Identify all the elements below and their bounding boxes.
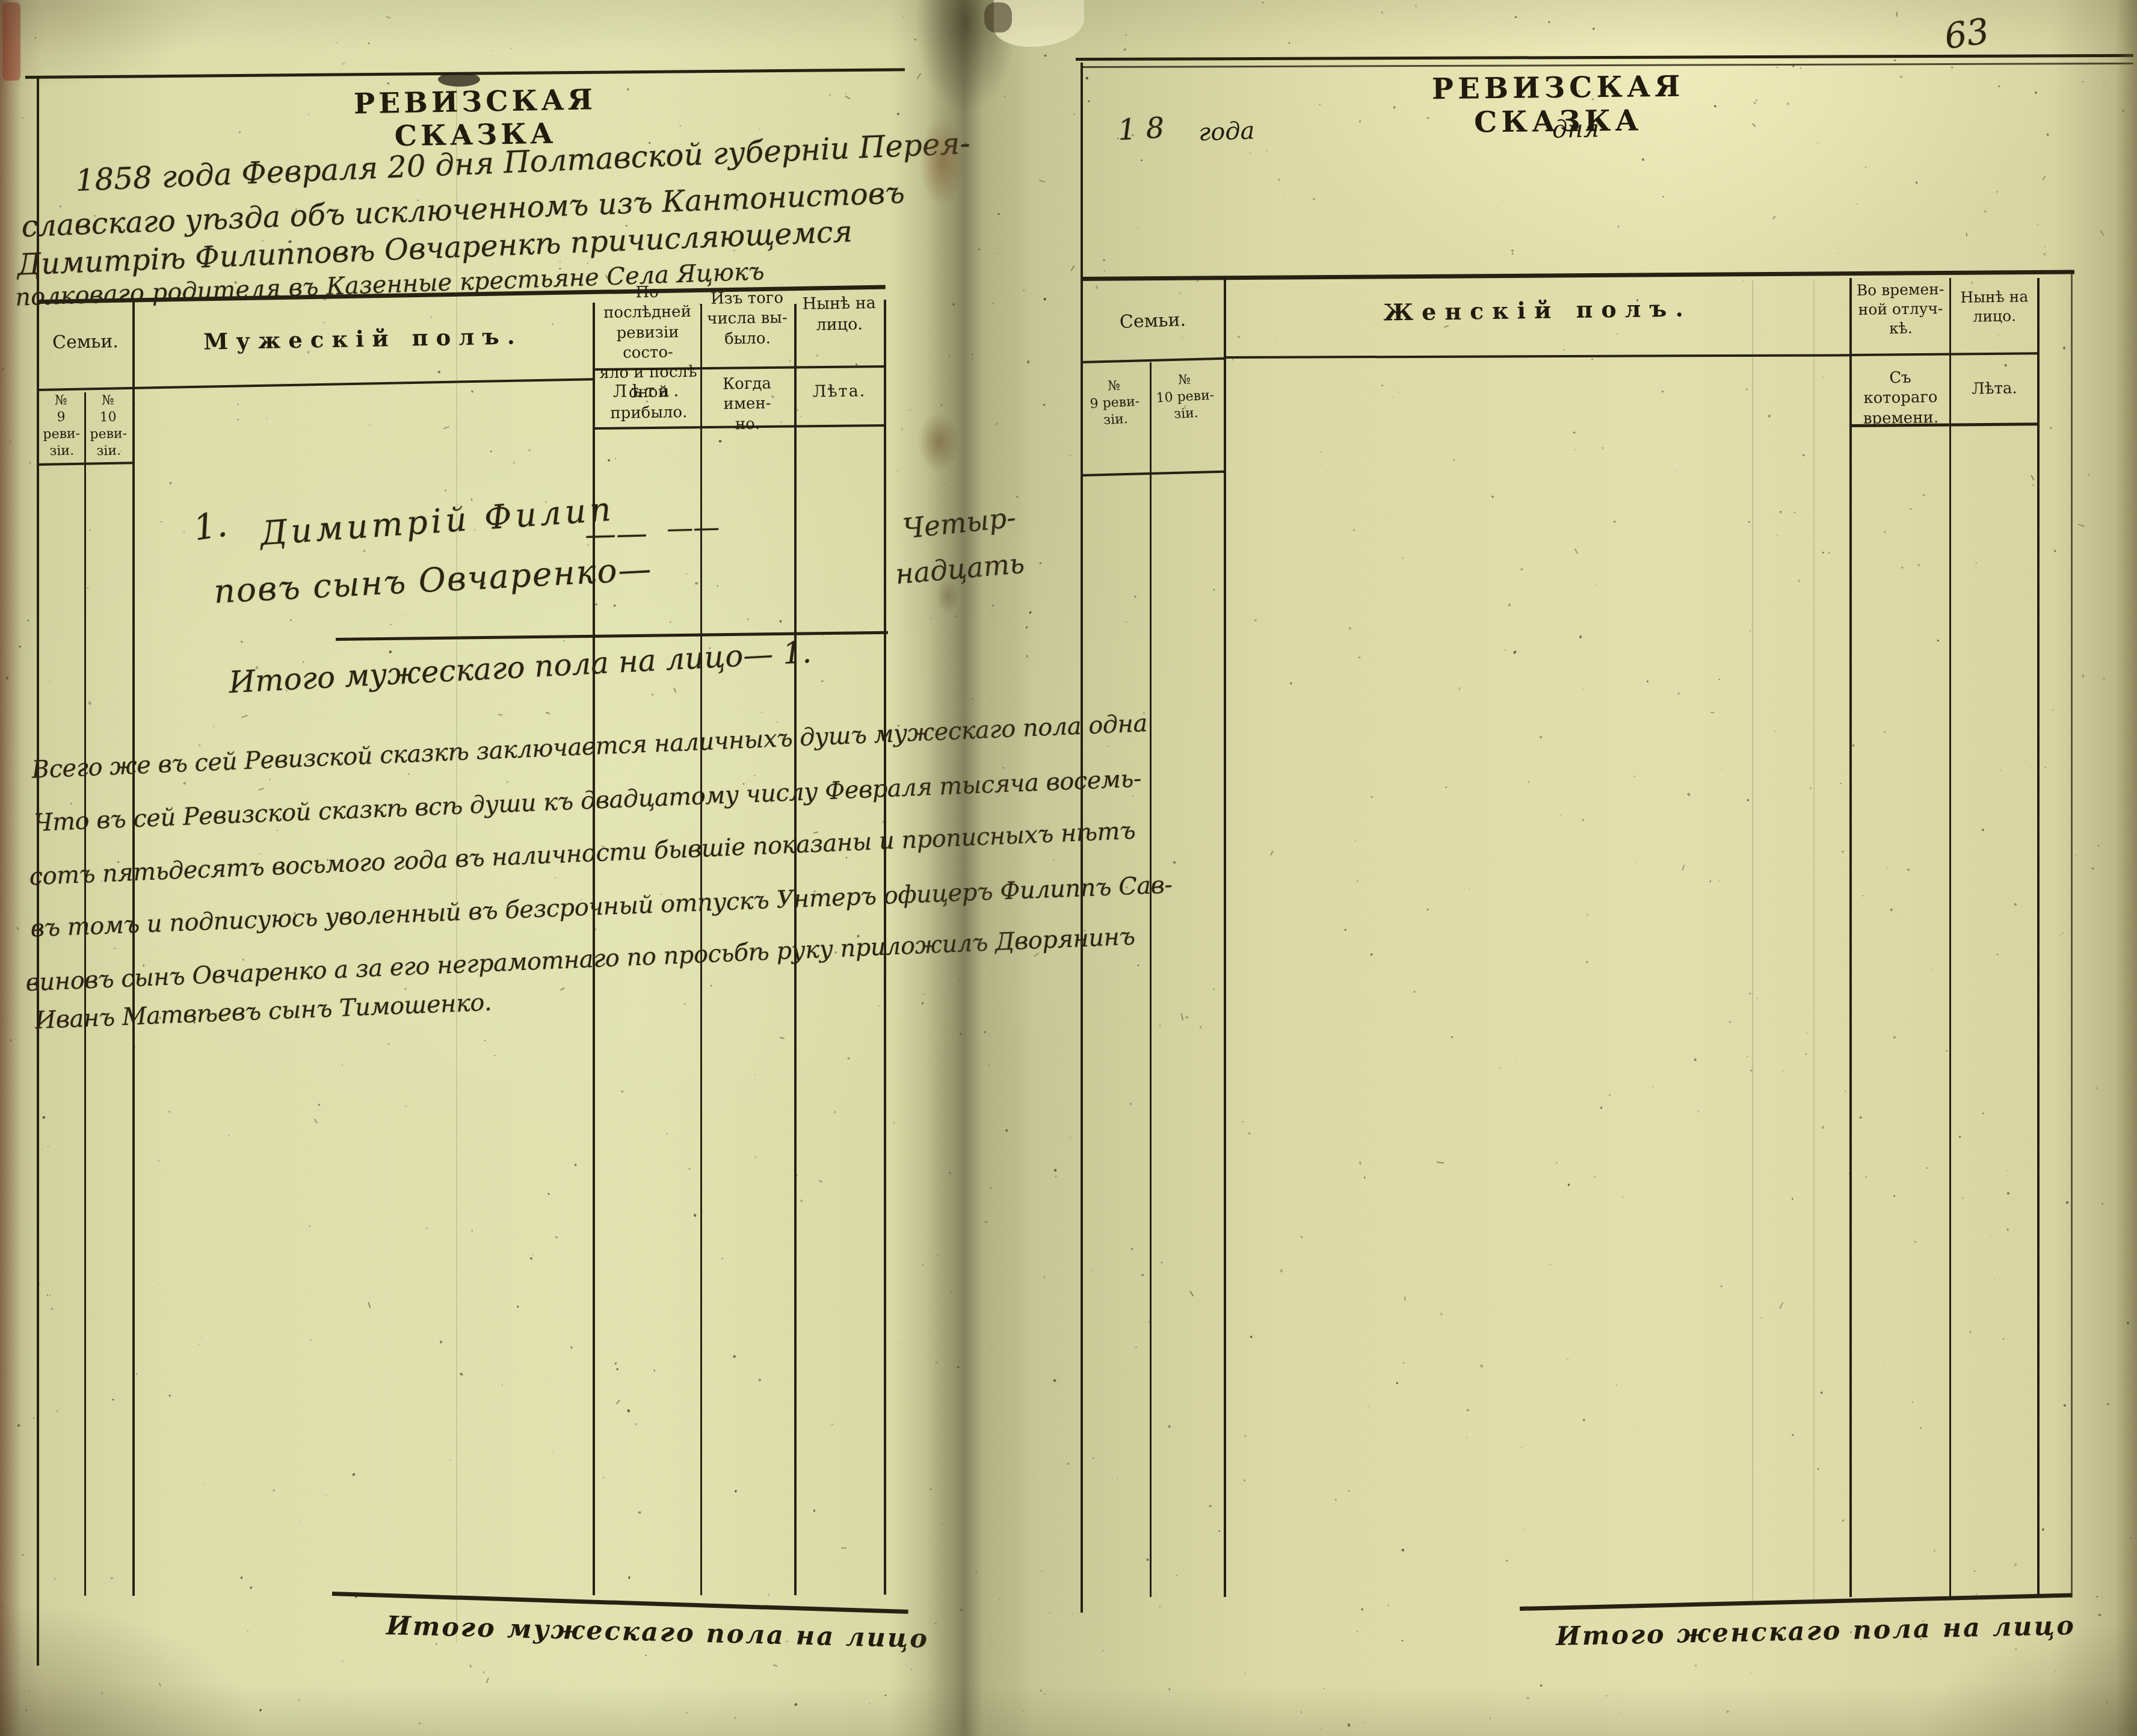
speck <box>409 773 410 775</box>
speck <box>1248 1132 1250 1134</box>
speck <box>2088 474 2089 475</box>
speck <box>2103 678 2105 680</box>
speck <box>1371 795 1374 798</box>
speck <box>1633 1430 1634 1431</box>
speck <box>1451 1337 1452 1338</box>
speck <box>1458 687 1461 690</box>
speck <box>992 605 994 607</box>
speck <box>2037 224 2038 225</box>
speck <box>621 1090 624 1093</box>
speck <box>1617 333 1618 335</box>
paper-fiber <box>470 1664 472 1667</box>
speck <box>1777 535 1778 536</box>
speck <box>425 1228 428 1230</box>
speck <box>112 1399 114 1401</box>
speck <box>1694 1058 1697 1061</box>
speck <box>277 830 278 831</box>
speck <box>1560 815 1561 817</box>
speck <box>1782 1070 1783 1072</box>
paper-crease-right-2 <box>1813 280 1815 1604</box>
speck <box>2006 1228 2009 1231</box>
speck <box>1621 1713 1622 1714</box>
speck <box>158 1160 159 1161</box>
speck <box>973 1684 975 1685</box>
speck <box>1445 786 1448 788</box>
speck <box>1467 536 1467 537</box>
speck <box>1469 888 1470 890</box>
speck <box>1743 280 1744 282</box>
speck <box>1168 1425 1171 1428</box>
right-col-absent-label: Во времен- ной отлуч- кѣ. <box>1850 280 1950 339</box>
speck <box>1991 427 1993 428</box>
speck <box>272 1489 276 1492</box>
speck <box>1893 1195 1895 1197</box>
speck <box>436 1643 437 1645</box>
speck <box>1093 1457 1094 1459</box>
speck <box>552 1452 554 1453</box>
speck <box>1807 336 1808 337</box>
speck <box>1579 818 1580 818</box>
speck <box>1583 612 1584 613</box>
speck <box>2003 1338 2004 1339</box>
speck <box>2014 1563 2017 1566</box>
speck <box>992 303 993 304</box>
speck <box>363 550 366 552</box>
speck <box>1262 2 1264 4</box>
speck <box>635 883 637 885</box>
speck <box>1524 1530 1526 1531</box>
speck <box>1135 1347 1137 1348</box>
speck <box>754 1074 756 1075</box>
speck <box>507 781 509 783</box>
speck <box>1003 767 1004 768</box>
speck <box>1232 359 1234 360</box>
speck <box>1748 520 1750 522</box>
speck <box>1159 1606 1161 1607</box>
speck <box>856 363 857 365</box>
right-col-family-label: Семьи. <box>1081 307 1224 336</box>
speck <box>1505 649 1506 651</box>
speck <box>951 377 952 378</box>
paper-fiber <box>1404 1296 1405 1300</box>
speck <box>1454 459 1455 461</box>
speck <box>1136 1361 1137 1361</box>
speck <box>1818 1468 1819 1470</box>
speck <box>1319 104 1321 105</box>
speck <box>1920 1427 1922 1429</box>
speck <box>183 531 185 533</box>
speck <box>494 1055 496 1057</box>
speck <box>830 94 831 96</box>
speck <box>1043 297 1046 300</box>
speck <box>350 1472 350 1472</box>
speck <box>1591 358 1593 360</box>
speck <box>298 1699 300 1701</box>
speck <box>1490 1717 1491 1719</box>
speck <box>201 1338 202 1339</box>
speck <box>1053 1379 1056 1382</box>
speck <box>1787 103 1790 105</box>
speck <box>1088 100 1091 102</box>
speck <box>893 1122 895 1123</box>
speck <box>1005 1129 1008 1132</box>
speck <box>1594 1176 1596 1178</box>
speck <box>1413 990 1416 993</box>
speck <box>49 1295 51 1297</box>
speck <box>471 390 474 393</box>
entry-last-revision-dash: —— <box>584 516 648 554</box>
speck <box>1662 196 1664 197</box>
fold-stain-1 <box>919 117 964 208</box>
speck <box>1085 76 1088 79</box>
speck <box>1505 1559 1508 1562</box>
speck <box>1053 1168 1057 1172</box>
speck <box>897 113 900 116</box>
speck <box>718 439 721 442</box>
speck <box>845 857 848 859</box>
speck <box>2106 1702 2108 1703</box>
speck <box>1564 350 1565 351</box>
speck <box>1027 360 1029 364</box>
page-number: 63 <box>1942 10 1992 57</box>
speck <box>1791 1433 1794 1436</box>
speck <box>1067 1462 1070 1465</box>
speck <box>1970 1331 1971 1333</box>
speck <box>342 62 345 65</box>
speck <box>1793 511 1795 513</box>
paper-fiber <box>819 1180 822 1182</box>
speck <box>1765 328 1766 329</box>
speck <box>341 1660 344 1663</box>
speck <box>1254 619 1257 622</box>
speck <box>1491 495 1494 498</box>
speck <box>627 1409 631 1412</box>
speck <box>952 303 955 306</box>
speck <box>300 1522 301 1522</box>
speck <box>1937 639 1939 641</box>
speck <box>1721 769 1722 771</box>
right-column-rule-family-right <box>1224 278 1226 1597</box>
speck <box>667 1133 668 1134</box>
speck <box>2046 286 2046 286</box>
speck <box>1567 1359 1568 1360</box>
speck <box>369 424 371 425</box>
speck <box>2095 1087 2097 1089</box>
speck <box>638 1511 641 1514</box>
speck <box>909 409 911 411</box>
speck <box>238 404 239 406</box>
speck <box>777 721 777 723</box>
speck <box>1768 414 1771 418</box>
speck <box>628 1576 631 1578</box>
speck <box>1911 1401 1913 1403</box>
speck <box>1792 1197 1793 1199</box>
speck <box>1381 11 1383 14</box>
speck <box>1142 1274 1144 1276</box>
speck <box>998 212 1001 215</box>
speck <box>1041 1571 1043 1572</box>
paper-fiber <box>845 96 851 99</box>
speck <box>1245 1673 1246 1674</box>
speck <box>323 321 325 323</box>
speck <box>653 1370 656 1372</box>
speck <box>203 1484 205 1485</box>
speck <box>1899 75 1902 78</box>
speck <box>1363 1722 1365 1724</box>
speck <box>1147 1558 1149 1561</box>
speck <box>70 803 72 805</box>
paper-fiber <box>1966 233 1967 236</box>
speck <box>405 614 406 616</box>
speck <box>1349 627 1351 630</box>
paper-fiber <box>2082 675 2085 678</box>
left-col-family-sub10-label: № 10 реви- зіи. <box>84 392 133 460</box>
speck <box>1996 954 1998 956</box>
speck <box>1828 552 1830 554</box>
speck <box>2026 761 2026 761</box>
speck <box>1073 1613 1074 1614</box>
paper-fiber <box>821 681 824 682</box>
speck <box>1883 1361 1884 1361</box>
speck <box>2032 484 2035 486</box>
speck <box>971 353 973 355</box>
speck <box>794 1703 798 1707</box>
speck <box>1965 111 1966 113</box>
speck <box>1135 596 1136 598</box>
left-column-rule-family-right <box>132 301 135 1596</box>
speck <box>114 948 116 949</box>
speck <box>1388 1605 1389 1607</box>
speck <box>1485 569 1486 570</box>
speck <box>431 317 432 318</box>
speck <box>1381 385 1384 387</box>
speck <box>960 1608 963 1611</box>
speck <box>1817 142 1819 144</box>
speck <box>2098 1613 2102 1616</box>
speck <box>711 984 712 986</box>
speck <box>2000 770 2002 771</box>
speck <box>269 779 271 780</box>
speck <box>2064 1404 2066 1406</box>
speck <box>1727 650 1728 651</box>
speck <box>1934 1549 1935 1551</box>
speck <box>816 354 819 357</box>
speck <box>1540 1684 1543 1687</box>
speck <box>950 1292 952 1294</box>
speck <box>1971 282 1973 284</box>
speck <box>570 1346 572 1348</box>
speck <box>1095 285 1099 289</box>
speck <box>1357 880 1359 883</box>
speck <box>1887 868 1888 869</box>
speck <box>548 1377 549 1377</box>
speck <box>668 450 669 451</box>
speck <box>747 619 749 620</box>
speck <box>1138 965 1139 966</box>
speck <box>1044 1276 1045 1278</box>
speck <box>1925 711 1926 712</box>
speck <box>490 451 492 453</box>
speck <box>693 1213 697 1217</box>
speck <box>733 1355 736 1358</box>
speck <box>1718 679 1720 681</box>
speck <box>483 1672 484 1673</box>
speck <box>290 620 292 621</box>
speck <box>1324 1688 1325 1689</box>
right-sub-age-label: Лѣта. <box>1950 378 2038 400</box>
paper-crease-left <box>456 78 457 1643</box>
speck <box>1091 1270 1092 1271</box>
speck <box>517 1234 519 1235</box>
speck <box>1923 494 1925 496</box>
speck <box>1275 338 1277 339</box>
speck <box>1300 1711 1302 1713</box>
speck <box>247 1631 248 1633</box>
speck <box>2043 253 2046 256</box>
speck <box>911 1669 913 1670</box>
speck <box>47 1146 49 1148</box>
speck <box>1123 48 1127 51</box>
speck <box>1168 1688 1171 1690</box>
speck <box>1321 451 1322 453</box>
speck <box>54 1578 56 1580</box>
speck <box>1238 285 1239 286</box>
speck <box>1994 1279 1995 1279</box>
speck <box>555 877 556 879</box>
speck <box>948 356 951 358</box>
speck <box>1860 250 1861 252</box>
speck <box>1244 1479 1246 1481</box>
paper-fiber <box>673 688 676 693</box>
speck <box>308 114 309 116</box>
paper-fiber <box>2078 524 2085 527</box>
paper-fiber <box>1682 865 1685 871</box>
speck <box>1070 454 1072 456</box>
speck <box>1635 862 1637 863</box>
right-column-rule-left-frame <box>1081 63 1083 1613</box>
speck <box>1802 454 1806 457</box>
speck <box>921 1002 924 1004</box>
speck <box>1622 1196 1623 1197</box>
speck <box>2103 85 2105 87</box>
speck <box>159 1283 160 1284</box>
speck <box>1721 1285 1722 1287</box>
speck <box>800 1199 803 1202</box>
speck <box>1820 1391 1823 1394</box>
speck <box>1568 1184 1570 1187</box>
speck <box>930 1489 932 1490</box>
speck <box>1242 1121 1244 1122</box>
paper-fiber <box>616 1400 620 1404</box>
speck <box>1548 21 1550 23</box>
left-col-last-revision-label: По послѣдней ревизіи состо- яло и послѣ … <box>593 282 702 424</box>
speck <box>1616 1385 1617 1386</box>
speck <box>390 624 392 625</box>
paper-fiber <box>241 715 248 718</box>
paper-fiber <box>560 987 565 991</box>
paper-fiber <box>443 426 449 429</box>
speck <box>1981 828 1984 831</box>
speck <box>1777 67 1778 68</box>
paper-fiber <box>498 714 502 715</box>
speck <box>2096 1596 2098 1598</box>
speck <box>1132 795 1134 797</box>
speck <box>930 617 932 619</box>
speck <box>198 744 200 746</box>
speck <box>1511 250 1514 252</box>
speck <box>1049 1453 1050 1453</box>
speck <box>998 253 999 254</box>
speck <box>1874 531 1875 532</box>
speck <box>1949 1691 1950 1691</box>
speck <box>1746 388 1748 391</box>
speck <box>1466 1437 1467 1438</box>
speck <box>199 1344 200 1345</box>
speck <box>1320 1728 1321 1729</box>
scanned-revision-list-document: РЕВИЗСКАЯ СКАЗКА 1858 года Февраля 20 дн… <box>0 0 2137 1736</box>
speck <box>88 1312 88 1314</box>
speck <box>761 712 762 713</box>
paper-fiber <box>259 788 264 791</box>
speck <box>389 650 392 653</box>
speck <box>1312 197 1315 200</box>
speck <box>1053 860 1054 860</box>
speck <box>309 1225 311 1228</box>
entry-departed-dash: —— <box>666 512 720 544</box>
paper-fiber <box>368 1302 371 1308</box>
paper-fiber <box>1016 496 1019 498</box>
speck <box>735 1490 737 1493</box>
fold-stain-3 <box>936 578 960 614</box>
right-col-family-sub10-label: № 10 реви- зіи. <box>1147 370 1224 425</box>
speck <box>984 1031 986 1033</box>
speck <box>1600 1107 1602 1110</box>
speck <box>847 1057 850 1060</box>
speck <box>1117 1478 1118 1480</box>
paper-crease-right-1 <box>1752 280 1753 1604</box>
speck <box>614 604 616 607</box>
speck <box>957 1366 960 1369</box>
speck <box>50 357 51 359</box>
speck <box>1583 1418 1585 1421</box>
speck <box>249 1586 253 1589</box>
speck <box>34 37 36 39</box>
speck <box>22 117 23 119</box>
paper-tear-shadow <box>984 2 1012 32</box>
speck <box>898 1563 899 1563</box>
paper-fiber <box>1896 12 1898 17</box>
speck <box>1982 434 1983 434</box>
paper-fiber <box>1360 1161 1361 1165</box>
speck <box>1852 744 1855 747</box>
speck <box>1213 989 1215 990</box>
right-page-edge-rule <box>2071 274 2073 1598</box>
speck <box>1368 1406 1369 1407</box>
speck <box>1757 998 1759 999</box>
speck <box>2059 934 2061 936</box>
speck <box>1749 993 1751 995</box>
speck <box>686 1712 688 1713</box>
speck <box>426 1609 427 1610</box>
speck <box>1822 551 1824 553</box>
speck <box>344 488 344 489</box>
speck <box>1355 841 1356 842</box>
speck <box>1579 635 1582 639</box>
speck <box>238 131 241 134</box>
speck <box>1718 880 1720 882</box>
speck <box>1687 792 1691 796</box>
speck <box>2047 133 2049 135</box>
